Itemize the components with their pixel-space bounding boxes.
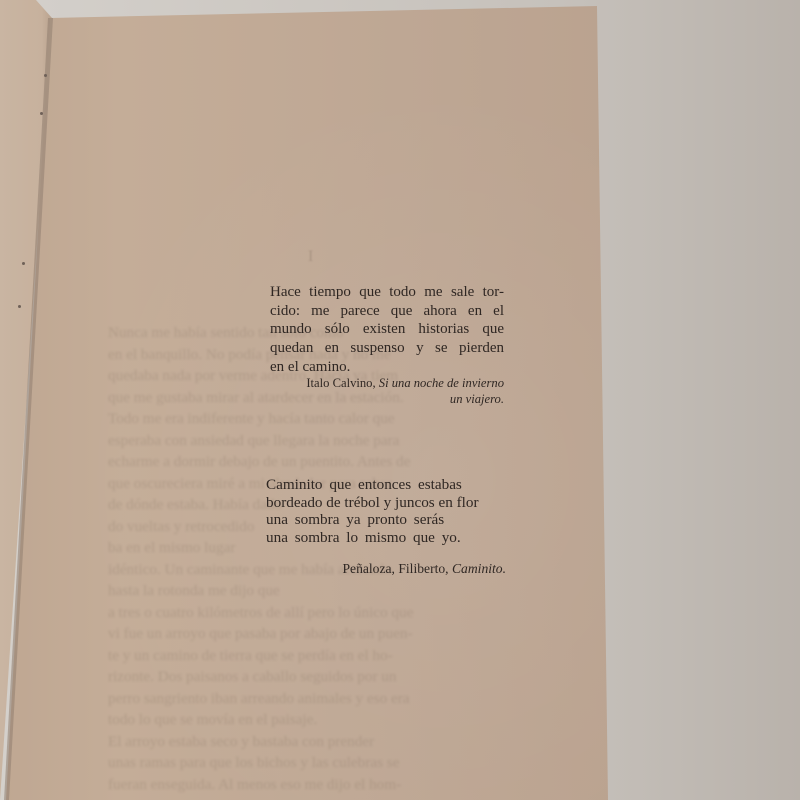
bleed-line: a tres o cuatro kilómetros de allí pero … [108, 602, 504, 624]
bleed-line: fueran enseguida. Al menos eso me dijo e… [108, 774, 504, 796]
bleed-line: Todo me era indiferente y hacía tanto ca… [108, 408, 504, 430]
attribution-work: Si una noche de invierno [379, 376, 504, 390]
chapter-number: I [308, 248, 313, 266]
bleed-line: rizonte. Dos paisanos a caballo seguidos… [108, 666, 504, 688]
verse-line: Caminito que entonces estabas [266, 476, 506, 494]
bleed-line: esperaba con ansiedad que llegara la noc… [108, 430, 504, 452]
epigraph-line: en el camino. [270, 358, 504, 377]
attribution-author: Italo Calvino, [306, 376, 375, 390]
binding-stitch [44, 74, 47, 77]
epigraph-line: mundo sólo existen historias que [270, 320, 504, 339]
bleed-line: hasta la rotonda me dijo que [108, 580, 504, 602]
verse-line: bordeado de trébol y juncos en flor [266, 494, 506, 512]
epigraph-calvino: Hace tiempo que todo me sale tor- cido: … [270, 283, 504, 377]
bleed-line: te y un camino de tierra que se perdía e… [108, 645, 504, 667]
bleed-line: unas ramas para que los bichos y las cul… [108, 752, 504, 774]
epigraph-caminito: Caminito que entonces estabas bordeado d… [266, 476, 506, 546]
verse-line: una sombra lo mismo que yo. [266, 529, 506, 547]
binding-stitch [40, 112, 43, 115]
bleed-line: echarme a dormir debajo de un puentito. … [108, 451, 504, 473]
epigraph-line: cido: me parece que ahora en el [270, 302, 504, 321]
attribution-work: Caminito. [452, 561, 506, 576]
verse-line: una sombra ya pronto serás [266, 511, 506, 529]
binding-stitch [18, 305, 21, 308]
epigraph-attribution-calvino: Italo Calvino, Si una noche de invierno … [280, 375, 504, 407]
binding-stitch [22, 262, 25, 265]
attribution-work-continued: un viajero. [450, 392, 504, 406]
epigraph-line: Hace tiempo que todo me sale tor- [270, 283, 504, 302]
epigraph-attribution-penaloza: Peñaloza, Filiberto, Caminito. [290, 561, 506, 577]
attribution-author: Peñaloza, Filiberto, [342, 561, 448, 576]
epigraph-line: quedan en suspenso y se pierden [270, 339, 504, 358]
bleed-line: vi fue un arroyo que pasaba por abajo de… [108, 623, 504, 645]
bleed-line: El arroyo estaba seco y bastaba con pren… [108, 731, 504, 753]
bleed-line: perro sangriento iban arreando animales … [108, 688, 504, 710]
bleed-line: todo lo que se movía en el paisaje. [108, 709, 504, 731]
